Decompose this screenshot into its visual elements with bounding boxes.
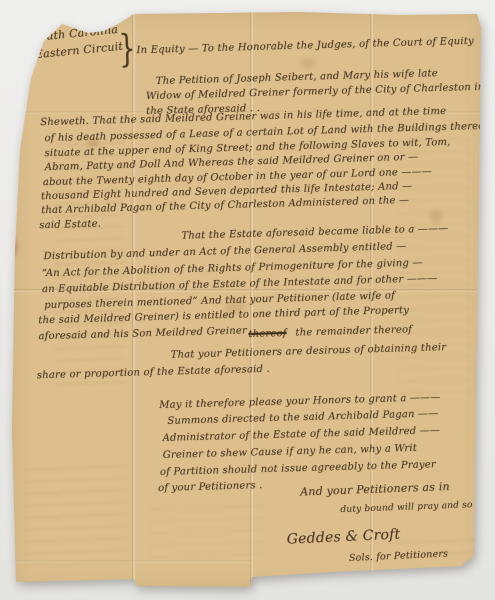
- body-line-17: share or proportion of the Estate afores…: [37, 365, 270, 382]
- prayer-line-6: of your Petitioners .: [158, 481, 263, 494]
- body-line-15b: the remainder thereof: [295, 325, 412, 338]
- prayer-line-5: of Partition should not issue agreeably …: [160, 460, 436, 478]
- document-paper: South CarolinaEastern Circuit}In Equity …: [0, 0, 495, 600]
- prayer-line-8: duty bound will pray and so forth ——: [340, 499, 495, 515]
- body-line-15a: aforesaid and his Son Meildred Greiner: [38, 326, 247, 342]
- prayer-line-1: May it therefore please your Honors to g…: [159, 393, 440, 411]
- body-line-9: That the Estate aforesaid became liable …: [181, 224, 448, 241]
- prayer-line-7: And your Petitioners as in: [300, 481, 450, 497]
- heading-brace: }: [118, 30, 136, 69]
- heading-court: In Equity — To the Honorable the Judges,…: [136, 37, 474, 56]
- heading-circuit: Eastern Circuit: [34, 41, 123, 61]
- prayer-line-4: Greiner to shew Cause if any he can, why…: [163, 444, 418, 461]
- body-line-16: That your Petitioners are desirous of ob…: [171, 343, 447, 361]
- document-paper-shadow: South CarolinaEastern Circuit}In Equity …: [0, 0, 495, 600]
- prayer-line-2: Summons directed to the said Archibald P…: [167, 409, 438, 427]
- prayer-line-3: Administrator of the Estate of the said …: [162, 426, 440, 444]
- handwriting-layer: South CarolinaEastern Circuit}In Equity …: [0, 0, 495, 600]
- signature-firm: Geddes & Croft: [286, 527, 400, 546]
- signature-role: Sols. for Petitioners: [349, 549, 449, 563]
- body-line-15-struck: thereof: [248, 329, 286, 340]
- photo-backdrop: South CarolinaEastern Circuit}In Equity …: [0, 0, 495, 600]
- body-line-8: said Estate.: [39, 219, 101, 231]
